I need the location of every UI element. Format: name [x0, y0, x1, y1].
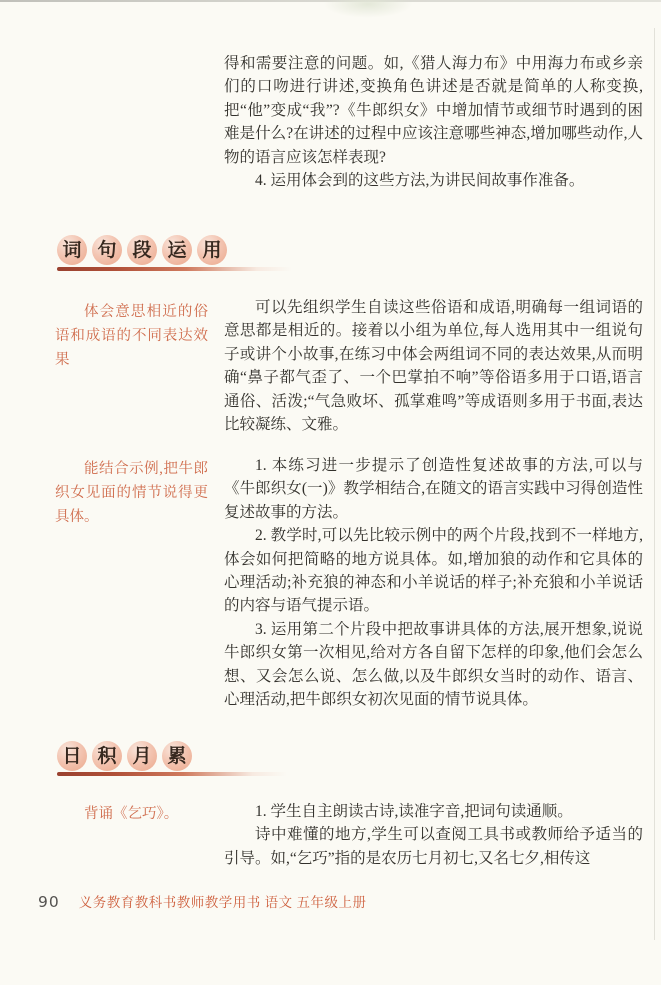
margin-note-3: 背诵《乞巧》。: [55, 802, 208, 826]
scan-right-edge: [654, 28, 655, 940]
section1-paragraph-block-1: 可以先组织学生自读这些俗语和成语,明确每一组词语的意思都是相近的。接着以小组为单…: [224, 296, 643, 436]
body-paragraph: 3. 运用第二个片段中把故事讲具体的方法,展开想象,说说牛郎织女第一次相见,给对…: [224, 618, 643, 712]
page-number: 90: [38, 893, 60, 911]
title-char: 累: [167, 746, 186, 767]
body-paragraph: 1. 学生自主朗读古诗,读准字音,把词句读通顺。: [224, 800, 643, 823]
body-paragraph: 诗中难懂的地方,学生可以查阅工具书或教师给予适当的引导。如,“乞巧”指的是农历七…: [224, 823, 643, 870]
title-char-circle: 句: [92, 235, 122, 265]
margin-note-1: 体会意思相近的俗语和成语的不同表达效果: [55, 300, 208, 372]
section2-paragraph-block: 1. 学生自主朗读古诗,读准字音,把词句读通顺。 诗中难懂的地方,学生可以查阅工…: [224, 800, 643, 870]
intro-block: 得和需要注意的问题。如,《猎人海力布》中用海力布或乡亲们的口吻进行讲述,变换角色…: [224, 52, 643, 192]
title-char: 运: [167, 240, 186, 261]
scan-smudge: [323, 0, 413, 18]
body-paragraph: 可以先组织学生自读这些俗语和成语,明确每一组词语的意思都是相近的。接着以小组为单…: [224, 296, 643, 436]
book-page: { "intro": { "paragraph": "得和需要注意的问题。如,《…: [0, 0, 661, 985]
body-paragraph: 2. 教学时,可以先比较示例中的两个片段,找到不一样地方,体会如何把简略的地方说…: [224, 524, 643, 618]
intro-paragraph: 得和需要注意的问题。如,《猎人海力布》中用海力布或乡亲们的口吻进行讲述,变换角色…: [224, 52, 643, 169]
title-char: 段: [132, 240, 151, 261]
title-char: 句: [97, 240, 116, 261]
margin-note-2: 能结合示例,把牛郎织女见面的情节说得更具体。: [55, 457, 208, 529]
title-char-circle: 积: [92, 741, 122, 771]
title-char-circle: 日: [57, 741, 87, 771]
section2-underline: [57, 772, 287, 776]
title-char-circle: 用: [197, 235, 227, 265]
title-char-circle: 词: [57, 235, 87, 265]
title-char-circle: 运: [162, 235, 192, 265]
section1-paragraph-block-2: 1. 本练习进一步提示了创造性复述故事的方法,可以与《牛郎织女(一)》教学相结合…: [224, 454, 643, 711]
title-char-circle: 月: [127, 741, 157, 771]
section2-header: 日 积 月 累: [57, 741, 193, 771]
title-char: 用: [202, 240, 221, 261]
intro-item-4: 4. 运用体会到的这些方法,为讲民间故事作准备。: [224, 169, 643, 192]
section1-underline: [57, 267, 292, 271]
title-char: 积: [97, 746, 116, 767]
page-footer: 90 义务教育教科书教师教学用书 语文 五年级上册: [38, 891, 366, 911]
footer-book-title: 义务教育教科书教师教学用书 语文 五年级上册: [79, 891, 367, 911]
body-paragraph: 1. 本练习进一步提示了创造性复述故事的方法,可以与《牛郎织女(一)》教学相结合…: [224, 454, 643, 524]
title-char: 日: [62, 746, 81, 767]
title-char: 词: [62, 240, 81, 261]
title-char: 月: [132, 746, 151, 767]
title-char-circle: 累: [162, 741, 192, 771]
section1-header: 词 句 段 运 用: [57, 235, 228, 265]
title-char-circle: 段: [127, 235, 157, 265]
